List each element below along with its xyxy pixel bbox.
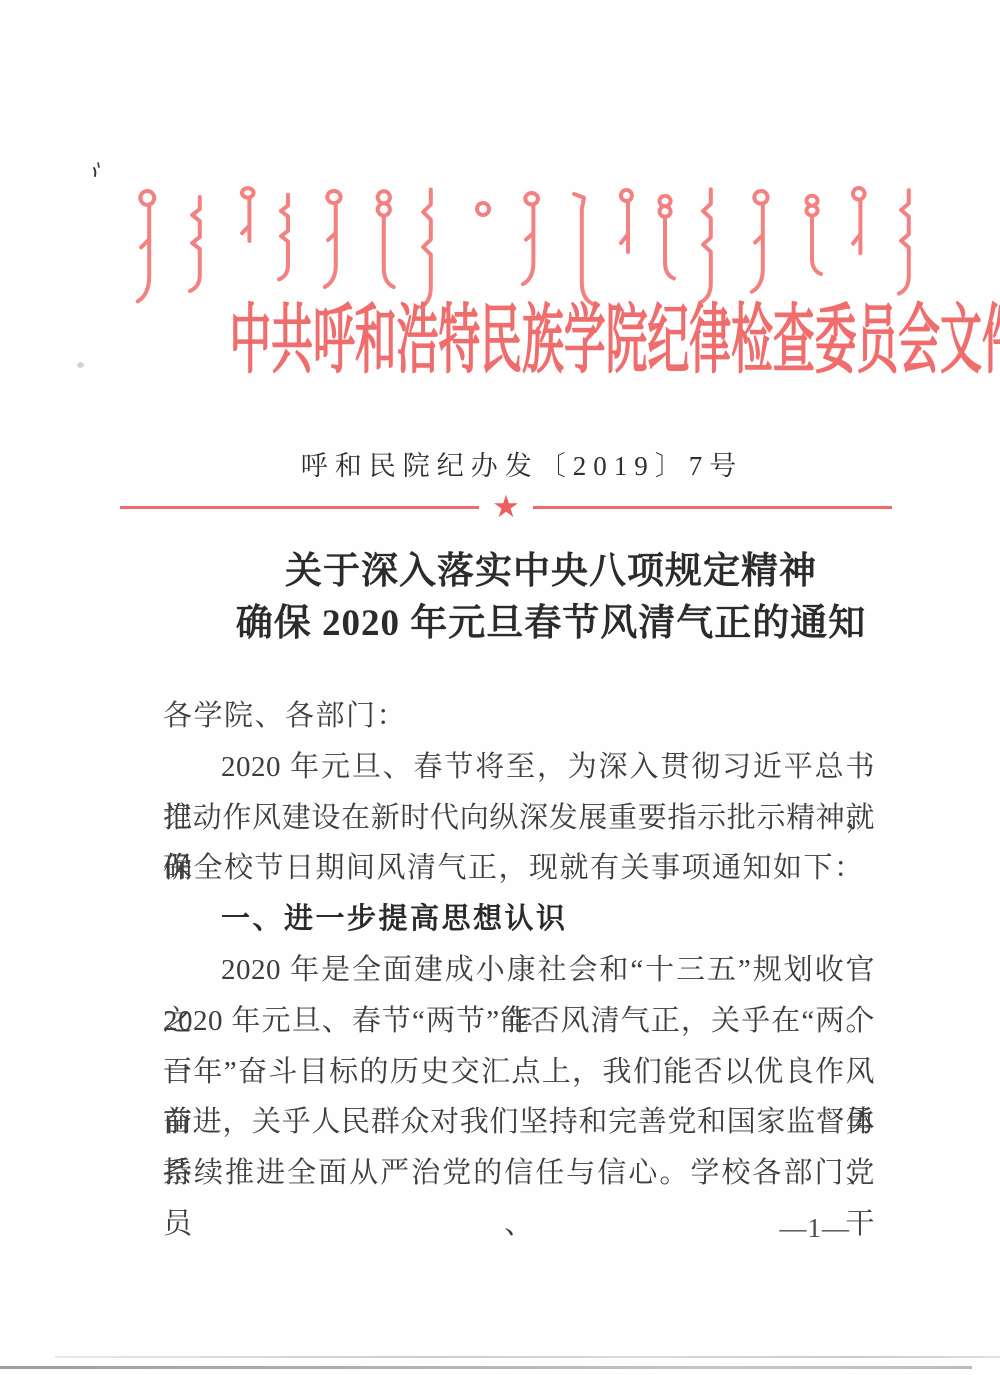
scan-artifact-line [0, 1366, 972, 1369]
document-title-line1: 关于深入落实中央八项规定精神 [51, 546, 1000, 598]
document-title: 关于深入落实中央八项规定精神 确保 2020 年元旦春节风清气正的通知 [51, 546, 1000, 650]
body-line: 推动作风建设在新时代向纵深发展重要指示批示精神，确 [163, 793, 875, 844]
scanned-official-document: 中共呼和浩特民族学院纪律检查委员会文件 呼和民院纪办发〔2019〕7号 ★ 关于… [0, 0, 1000, 1375]
body-line: 百年”奋斗目标的历史交汇点上，我们能否以优良作风奋勇 [163, 1047, 875, 1098]
body-line: 前进，关乎人民群众对我们坚持和完善党和国家监督体系、 [163, 1097, 875, 1148]
red-line-left [120, 506, 479, 509]
doc-number: 呼和民院纪办发〔2019〕7号 [22, 444, 1000, 483]
document-body: 各学院、各部门： 2020 年元旦、春节将至，为深入贯彻习近平总书记就 推动作风… [163, 691, 875, 1199]
document-title-line2: 确保 2020 年元旦春节风清气正的通知 [51, 598, 1000, 650]
body-line: 2020 年元旦、春节将至，为深入贯彻习近平总书记就 [163, 742, 875, 793]
body-line: 持续推进全面从严治党的信任与信心。学校各部门党员、干 [163, 1148, 875, 1199]
red-divider: ★ [120, 492, 892, 522]
body-line: 2020 年元旦、春节“两节”能否风清气正，关乎在“两个一 [163, 996, 875, 1047]
body-line: 保全校节日期间风清气正，现就有关事项通知如下： [163, 843, 875, 894]
scan-artifact-line [55, 1356, 1000, 1358]
body-line: 2020 年是全面建成小康社会和“十三五”规划收官之年。 [163, 945, 875, 996]
star-icon: ★ [479, 492, 533, 522]
salutation: 各学院、各部门： [163, 691, 875, 742]
page-number: —1— [0, 1213, 1000, 1244]
red-line-right [533, 506, 892, 509]
pen-mark-artifact [90, 160, 102, 178]
org-title: 中共呼和浩特民族学院纪律检查委员会文件 [230, 295, 780, 387]
section-heading: 一、进一步提高思想认识 [163, 894, 875, 945]
scan-smudge [77, 362, 84, 368]
